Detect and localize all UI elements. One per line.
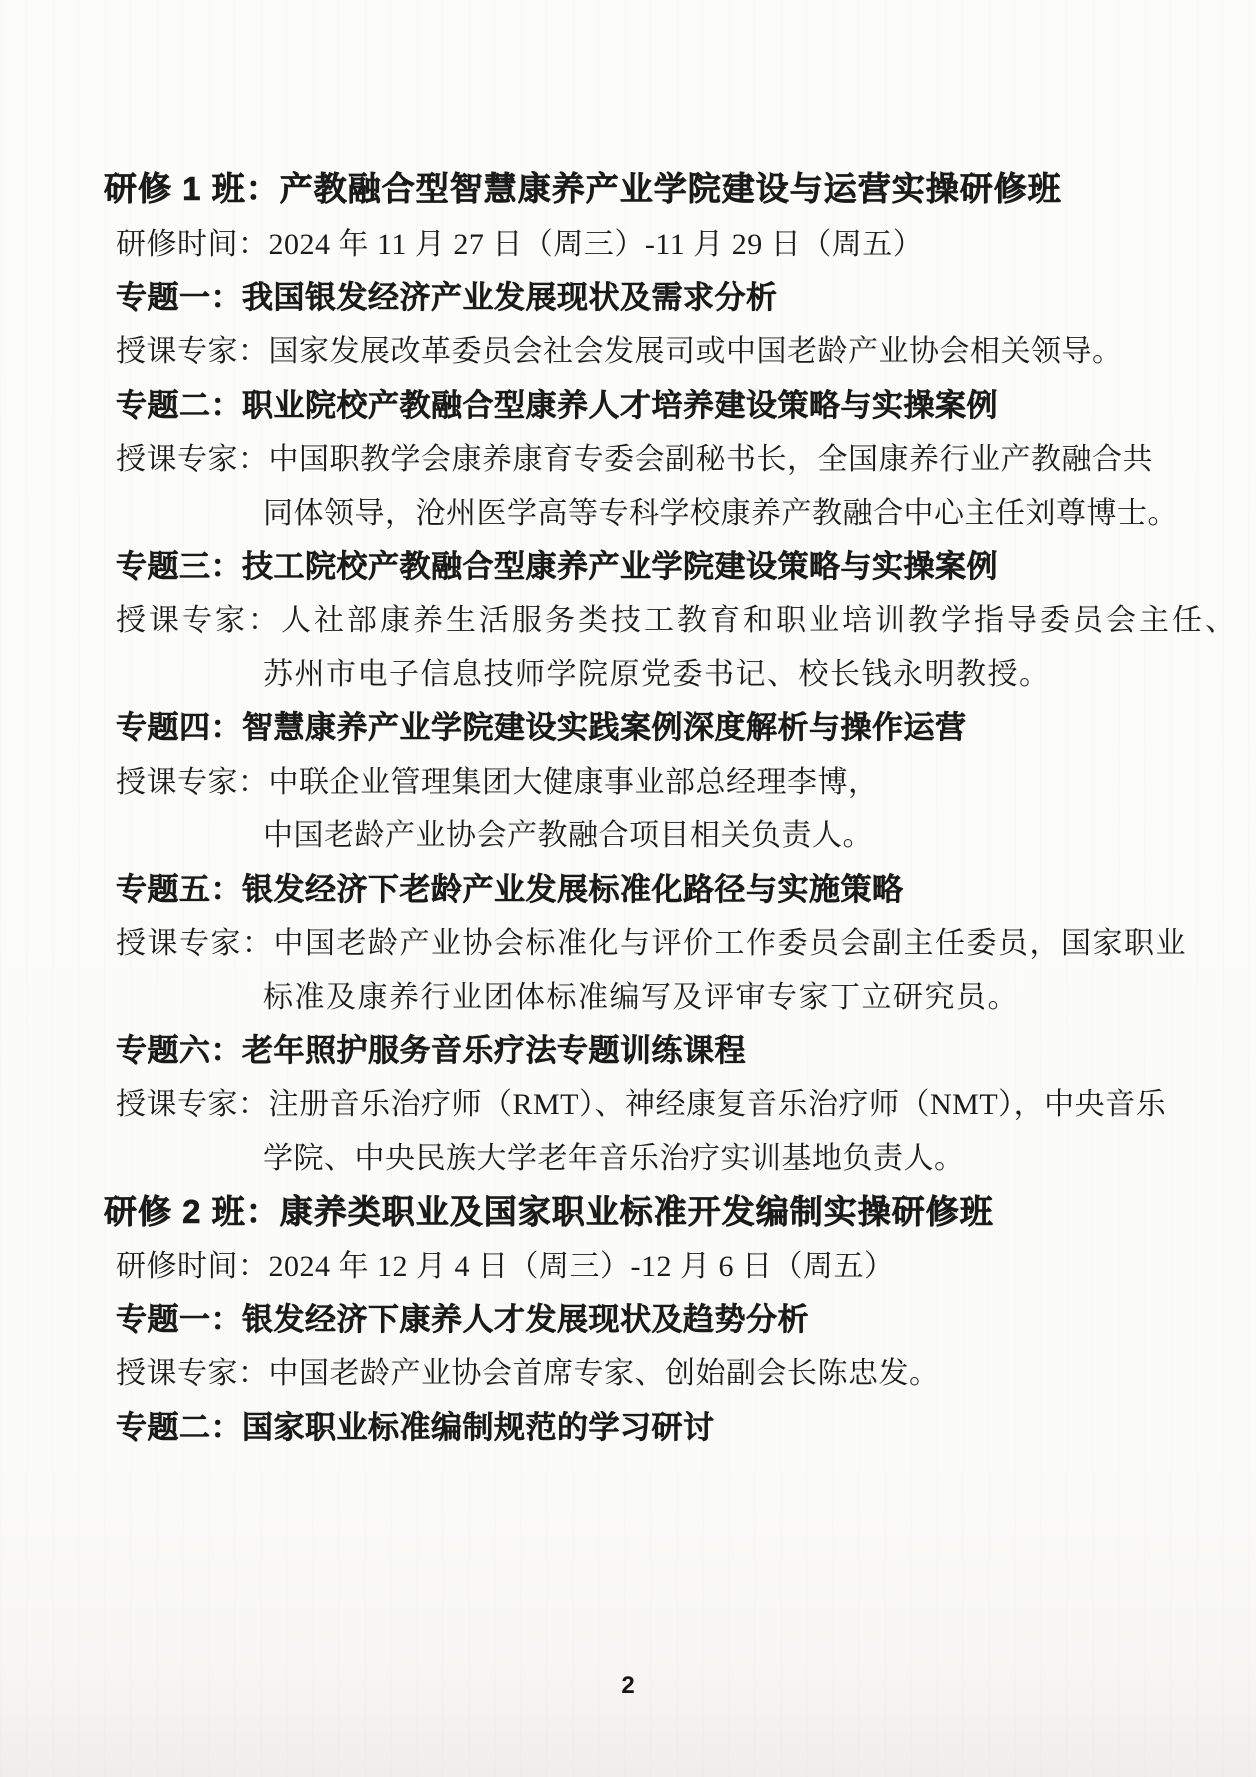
class2-title: 研修 2 班：康养类职业及国家职业标准开发编制实操研修班 (0, 1182, 1256, 1236)
class2-time: 研修时间：2024 年 12 月 4 日（周三）-12 月 6 日（周五） (0, 1236, 1256, 1290)
class1-topic5-lecturer-line2: 标准及康养行业团体标准编写及评审专家丁立研究员。 (0, 967, 1256, 1021)
page-number: 2 (621, 1672, 634, 1699)
class1-topic2-heading: 专题二：职业院校产教融合型康养人才培养建设策略与实操案例 (0, 375, 1256, 429)
class1-topic3-lecturer-line2: 苏州市电子信息技师学院原党委书记、校长钱永明教授。 (0, 644, 1256, 698)
class1-topic5-heading: 专题五：银发经济下老龄产业发展标准化路径与实施策略 (0, 859, 1256, 913)
class2-topic1-lecturer: 授课专家：中国老龄产业协会首席专家、创始副会长陈忠发。 (0, 1344, 1256, 1398)
class1-topic1-heading: 专题一：我国银发经济产业发展现状及需求分析 (0, 268, 1256, 322)
class2-topic2-heading: 专题二：国家职业标准编制规范的学习研讨 (0, 1397, 1256, 1451)
class1-topic1-lecturer: 授课专家：国家发展改革委员会社会发展司或中国老龄产业协会相关领导。 (0, 321, 1256, 375)
page-footer: 2 (0, 1672, 1256, 1700)
class1-topic4-lecturer-line2: 中国老龄产业协会产教融合项目相关负责人。 (0, 806, 1256, 860)
class1-topic6-heading: 专题六：老年照护服务音乐疗法专题训练课程 (0, 1021, 1256, 1075)
class1-topic2-lecturer-line1: 授课专家：中国职教学会康养康育专委会副秘书长，全国康养行业产教融合共 (0, 429, 1256, 483)
document-content: 研修 1 班：产教融合型智慧康养产业学院建设与运营实操研修班研修时间：2024 … (0, 160, 1256, 1451)
class1-topic6-lecturer-line1: 授课专家：注册音乐治疗师（RMT）、神经康复音乐治疗师（NMT），中央音乐 (0, 1075, 1256, 1129)
class1-topic3-lecturer-line1: 授课专家：人社部康养生活服务类技工教育和职业培训教学指导委员会主任、 (0, 590, 1256, 644)
class1-topic4-heading: 专题四：智慧康养产业学院建设实践案例深度解析与操作运营 (0, 698, 1256, 752)
class1-topic5-lecturer-line1: 授课专家：中国老龄产业协会标准化与评价工作委员会副主任委员，国家职业 (0, 913, 1256, 967)
class1-topic2-lecturer-line2: 同体领导，沧州医学高等专科学校康养产教融合中心主任刘尊博士。 (0, 483, 1256, 537)
document-page: 研修 1 班：产教融合型智慧康养产业学院建设与运营实操研修班研修时间：2024 … (0, 0, 1256, 1777)
class1-topic6-lecturer-line2: 学院、中央民族大学老年音乐治疗实训基地负责人。 (0, 1128, 1256, 1182)
class1-topic3-heading: 专题三：技工院校产教融合型康养产业学院建设策略与实操案例 (0, 537, 1256, 591)
class1-title: 研修 1 班：产教融合型智慧康养产业学院建设与运营实操研修班 (0, 160, 1256, 214)
class1-time: 研修时间：2024 年 11 月 27 日（周三）-11 月 29 日（周五） (0, 214, 1256, 268)
class2-topic1-heading: 专题一：银发经济下康养人才发展现状及趋势分析 (0, 1290, 1256, 1344)
class1-topic4-lecturer-line1: 授课专家：中联企业管理集团大健康事业部总经理李博， (0, 752, 1256, 806)
